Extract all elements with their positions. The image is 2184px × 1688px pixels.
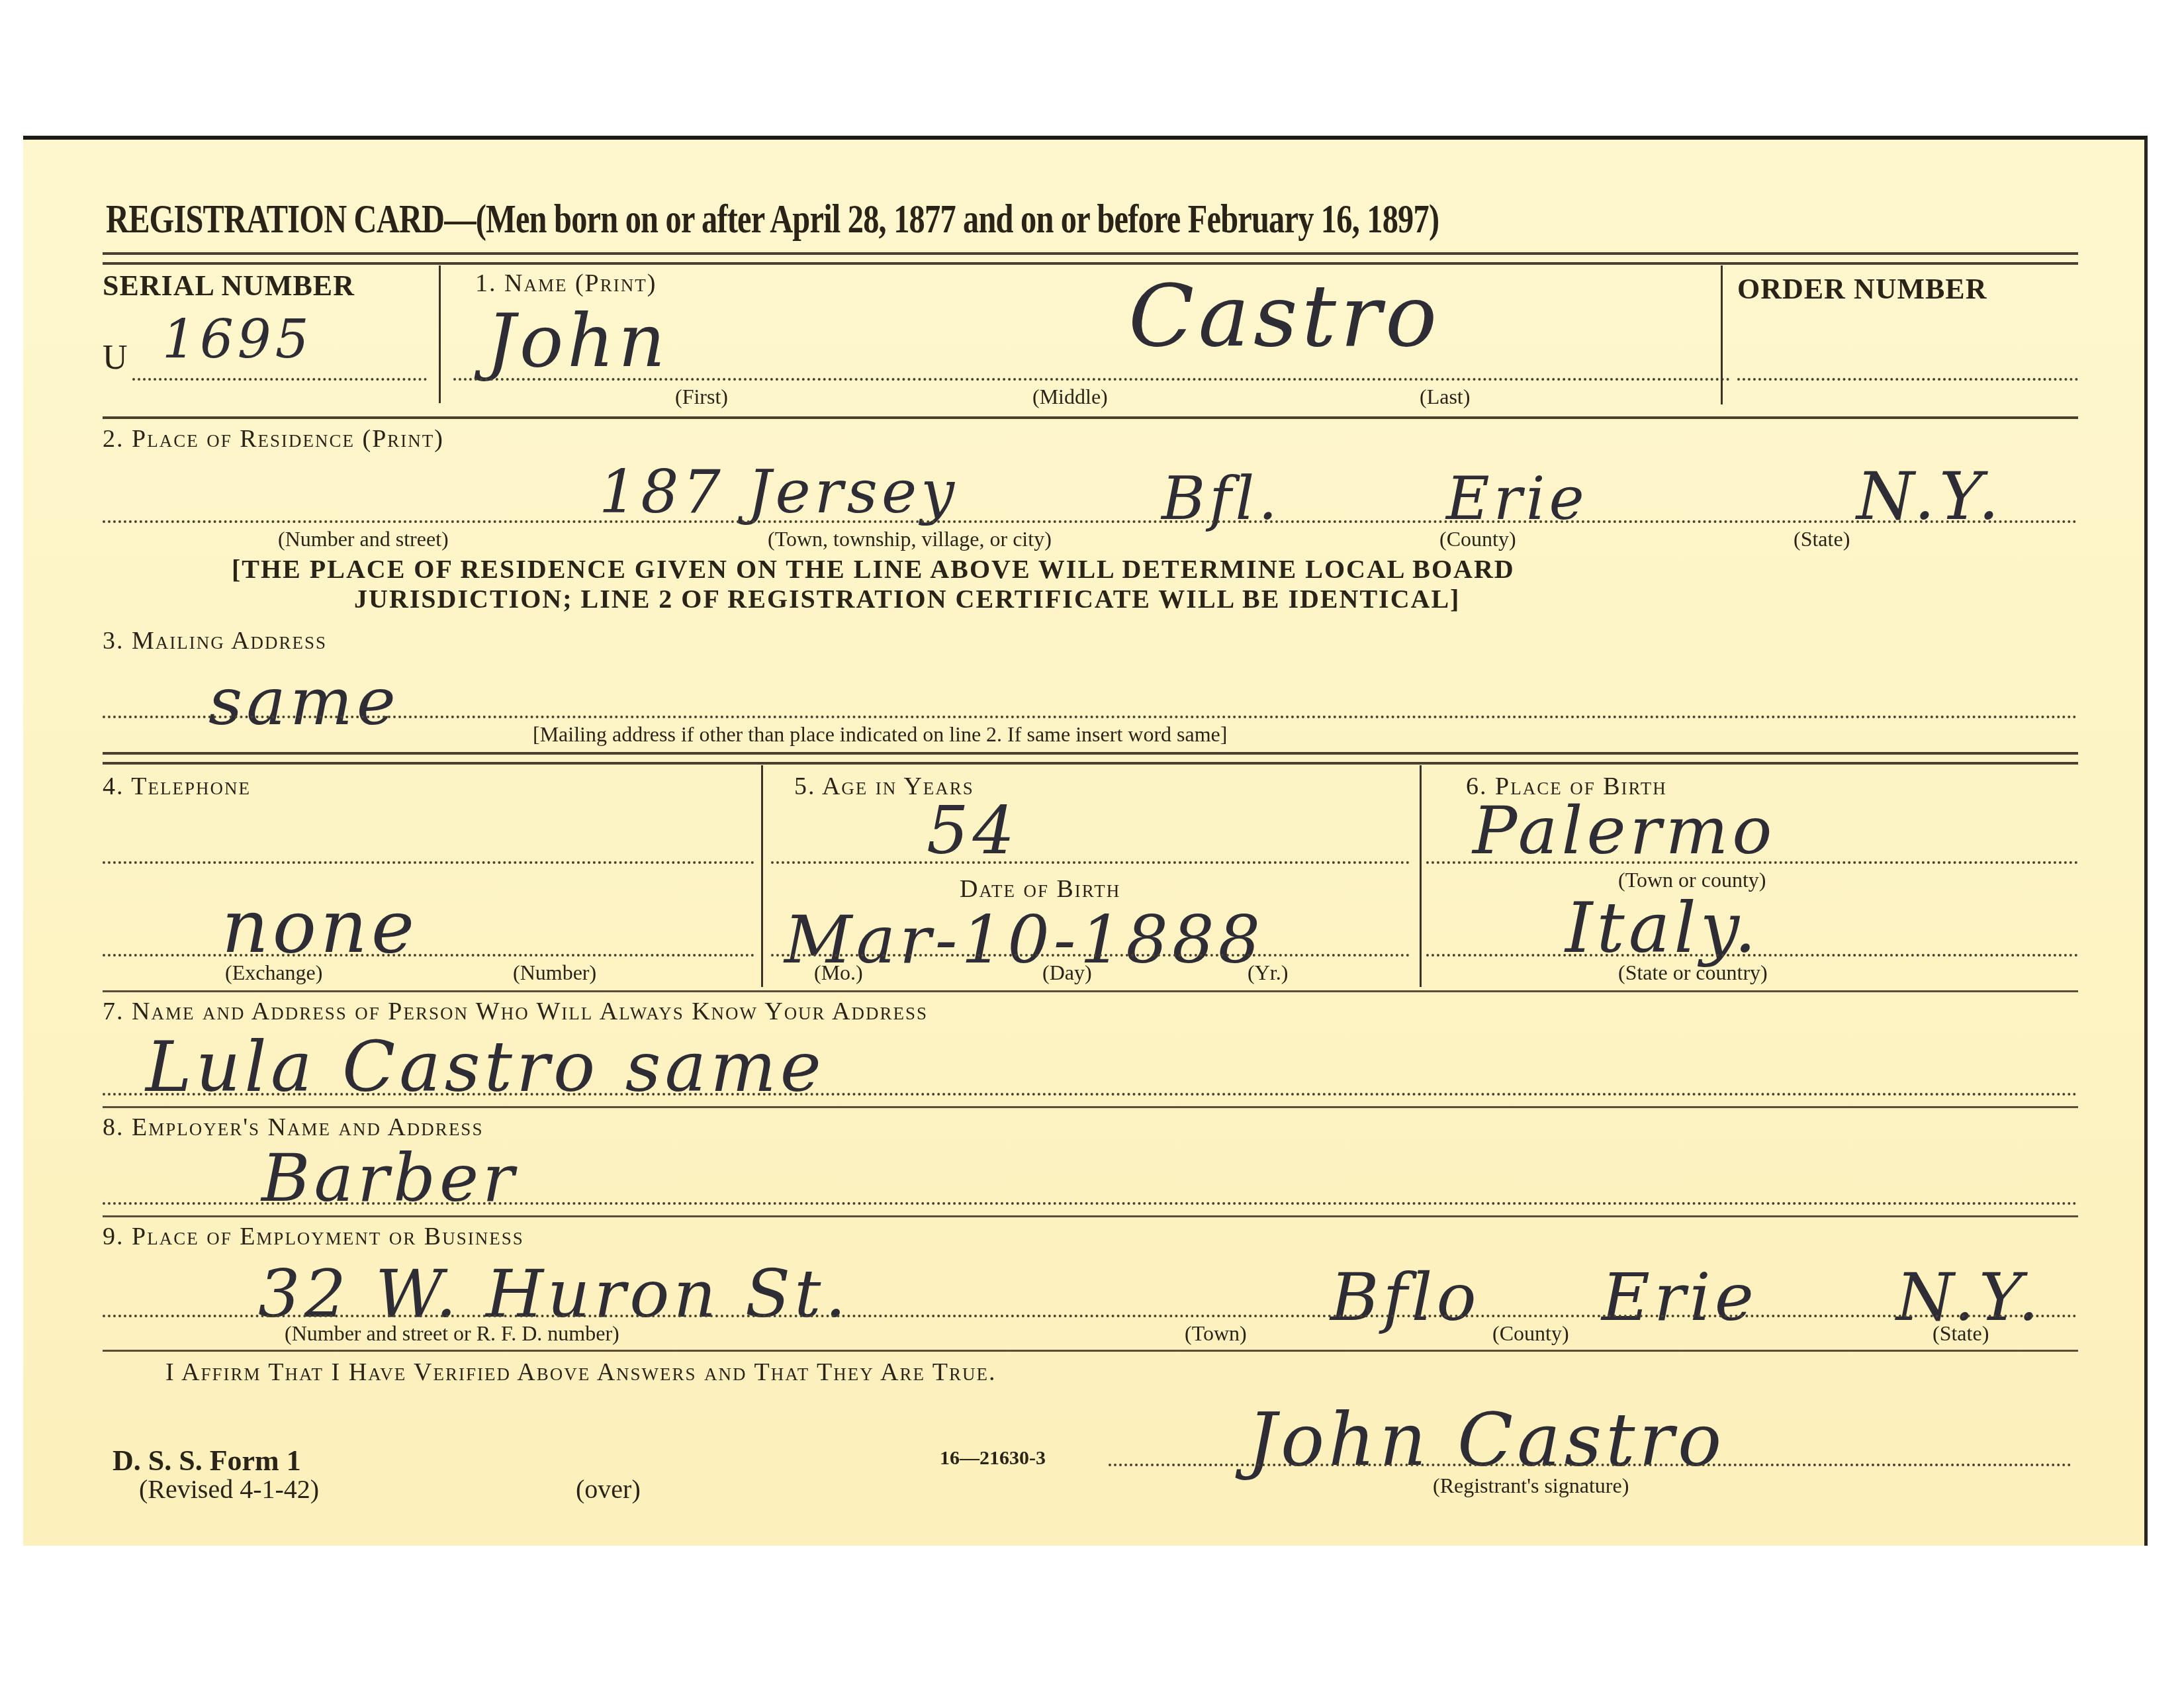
divider [1420, 765, 1422, 987]
telephone-line-1 [103, 861, 754, 864]
exchange-caption: (Exchange) [225, 961, 322, 985]
residence-notice-line1: [THE PLACE OF RESIDENCE GIVEN ON THE LIN… [232, 553, 1515, 585]
employer-line [103, 1202, 2078, 1205]
birthplace-line-1 [1426, 861, 2078, 864]
residence-street-value[interactable]: 187 Jersey [599, 457, 958, 527]
card-title: REGISTRATION CARD—(Men born on or after … [106, 196, 1439, 243]
divider [439, 265, 441, 403]
telephone-label: 4. Telephone [103, 772, 251, 801]
divider [103, 416, 2078, 419]
divider [103, 1215, 2078, 1217]
mailing-line [103, 716, 2078, 718]
divider [103, 762, 2078, 765]
employer-label: 8. Employer's Name and Address [103, 1113, 483, 1142]
residence-town-value[interactable]: Bfl. [1161, 464, 1281, 534]
age-value[interactable]: 54 [927, 792, 1019, 869]
employer-value[interactable]: Barber [261, 1139, 518, 1217]
state-or-country-caption: (State or country) [1618, 961, 1768, 985]
divider [103, 262, 2078, 265]
birthplace-town-value[interactable]: Palermo [1473, 792, 1776, 869]
name-label: 1. Name (Print) [475, 269, 657, 298]
signature-line [1109, 1464, 2071, 1466]
divider [103, 990, 2078, 992]
dob-line [771, 954, 1410, 957]
employment-label: 9. Place of Employment or Business [103, 1222, 524, 1251]
over-note: (over) [576, 1474, 641, 1505]
birthplace-line-2 [1426, 954, 2078, 957]
residence-state-value[interactable]: N.Y. [1856, 457, 2003, 535]
residence-notice-line2: JURISDICTION; LINE 2 OF REGISTRATION CER… [354, 583, 1460, 614]
divider [761, 765, 763, 987]
print-code: 16—21630-3 [940, 1447, 1046, 1470]
county-caption: (County) [1439, 527, 1516, 551]
mailing-address-value[interactable]: same [208, 663, 400, 740]
employment-county-value[interactable]: Erie [1602, 1258, 1758, 1336]
street-caption: (Number and street) [278, 527, 449, 551]
divider [103, 1350, 2078, 1352]
order-number-label: ORDER NUMBER [1737, 272, 1987, 306]
middle-caption: (Middle) [1032, 385, 1108, 409]
telephone-line-2 [103, 954, 754, 957]
number-caption: (Number) [513, 961, 596, 985]
year-caption: (Yr.) [1248, 961, 1288, 985]
residence-county-value[interactable]: Erie [1446, 464, 1588, 534]
divider [1721, 265, 1723, 404]
last-caption: (Last) [1420, 385, 1470, 409]
mailing-caption: [Mailing address if other than place ind… [533, 722, 1227, 747]
signature-caption: (Registrant's signature) [1433, 1474, 1629, 1498]
form-revised-date: (Revised 4-1-42) [139, 1474, 319, 1505]
serial-number-value[interactable]: 1695 [162, 308, 313, 370]
order-number-line[interactable] [1737, 378, 2078, 381]
town-caption: (Town, township, village, or city) [768, 527, 1052, 551]
month-caption: (Mo.) [814, 961, 863, 985]
employment-town-caption: (Town) [1185, 1321, 1247, 1346]
serial-line [132, 378, 427, 381]
mailing-address-label: 3. Mailing Address [103, 626, 327, 655]
date-of-birth-label: Date of Birth [960, 874, 1120, 904]
residence-line [103, 520, 2078, 523]
employment-street-caption: (Number and street or R. F. D. number) [285, 1321, 619, 1346]
affirmation-text: I Affirm That I Have Verified Above Answ… [165, 1358, 997, 1387]
serial-number-label: SERIAL NUMBER [103, 269, 355, 303]
divider [103, 252, 2078, 255]
contact-person-label: 7. Name and Address of Person Who Will A… [103, 997, 928, 1026]
employment-state-caption: (State) [1933, 1321, 1989, 1346]
state-caption: (State) [1794, 527, 1850, 551]
contact-line [103, 1093, 2078, 1096]
divider [103, 752, 2078, 755]
day-caption: (Day) [1042, 961, 1092, 985]
employment-county-caption: (County) [1492, 1321, 1569, 1346]
serial-prefix: U [103, 338, 128, 377]
first-caption: (First) [675, 385, 728, 409]
name-line [453, 378, 1731, 381]
divider [103, 1106, 2078, 1108]
registrant-signature-value[interactable]: John Castro [1248, 1397, 1725, 1482]
first-name-value[interactable]: John [486, 299, 669, 383]
age-line [771, 861, 1410, 864]
last-name-value[interactable]: Castro [1128, 265, 1441, 366]
form-number: D. S. S. Form 1 [113, 1444, 301, 1477]
employment-town-value[interactable]: Bflo [1330, 1258, 1480, 1336]
employment-line [103, 1315, 2078, 1317]
residence-label: 2. Place of Residence (Print) [103, 424, 444, 453]
registration-card: REGISTRATION CARD—(Men born on or after … [23, 136, 2148, 1546]
